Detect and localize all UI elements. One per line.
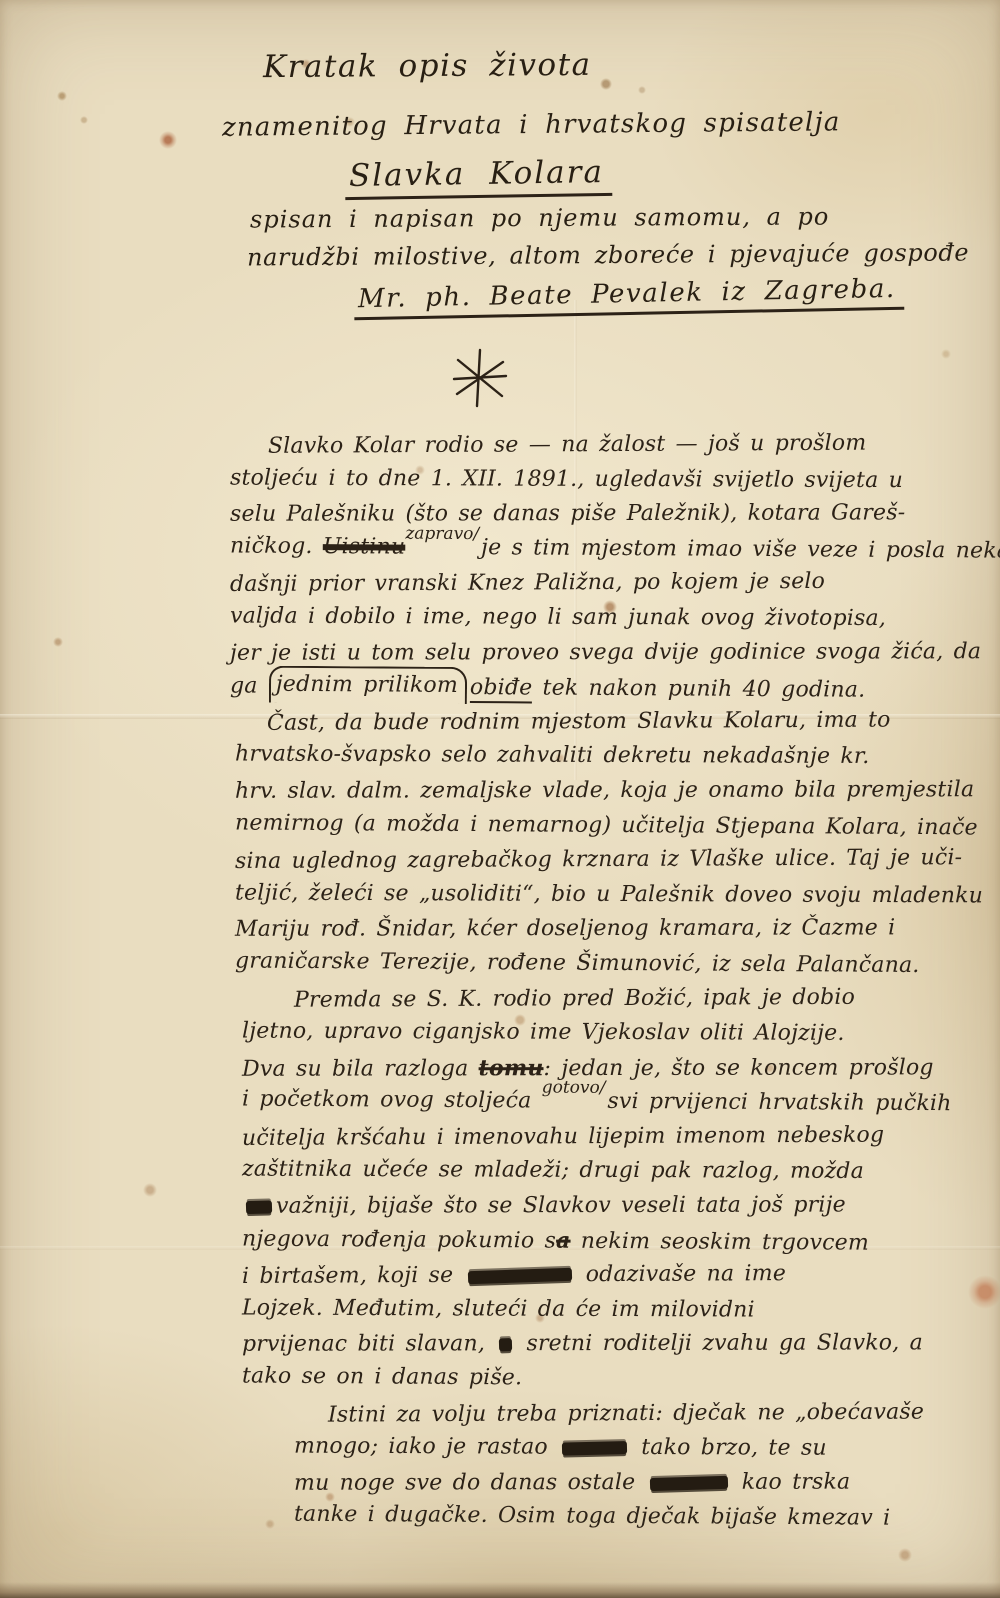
- handwritten-text: jer je isti u tom selu proveo svega dvij…: [230, 639, 981, 666]
- handwritten-strike: tomu: [479, 1055, 544, 1081]
- manuscript-line: graničarske Terezije, rođene Šimunović, …: [235, 944, 996, 984]
- paragraph: Slavko Kolar rodio se — na žalost — još …: [230, 428, 996, 705]
- manuscript-body: Slavko Kolar rodio se — na žalost — još …: [230, 428, 996, 1535]
- handwritten-text: njegova rođenja pokumio s: [242, 1226, 556, 1253]
- manuscript-line: tanke i dugačke. Osim toga dječak bijaše…: [294, 1498, 996, 1537]
- handwritten-text: sretni roditelji zvahu ga Slavko, a: [516, 1331, 923, 1357]
- manuscript-line: Istini za volju treba priznati: dječak n…: [294, 1395, 996, 1433]
- handwritten-text: učitelja kršćahu i imenovahu lijepim ime…: [242, 1122, 884, 1150]
- manuscript-page: Kratak opis života znamenitog Hrvata i h…: [0, 0, 1000, 1598]
- handwritten-text: ničkog.: [230, 533, 323, 559]
- scribbled-out-text: [467, 1268, 571, 1284]
- manuscript-line: mnogo; iako je rastao tako brzo, te su: [294, 1430, 996, 1467]
- handwritten-text: tanke i dugačke. Osim toga dječak bijaše…: [294, 1502, 890, 1531]
- manuscript-line: važniji, bijaše što se Slavkov veseli ta…: [242, 1188, 996, 1224]
- manuscript-line: Mariju rođ. Šnidar, kćer doseljenog kram…: [235, 912, 996, 948]
- manuscript-line: i početkom ovog stoljeća gotovo/svi prvi…: [242, 1083, 996, 1123]
- manuscript-line: Premda se S. K. rodio pred Božić, ipak j…: [242, 980, 996, 1019]
- manuscript-line: ljetno, upravo ciganjsko ime Vjekoslav o…: [242, 1015, 996, 1052]
- handwritten-text: Čast, da bude rodnim mjestom Slavku Kola…: [267, 707, 891, 735]
- title-line-2: znamenitog Hrvata i hrvatskog spisatelja: [222, 107, 841, 142]
- title-line-5: narudžbi milostive, altom zboreće i pjev…: [247, 238, 969, 271]
- handwritten-text: hrv. slav. dalm. zemaljske vlade, koja j…: [235, 777, 974, 804]
- handwritten-text: graničarske Terezije, rođene Šimunović, …: [235, 948, 920, 978]
- handwritten-text: zaštitnika učeće se mladeži; drugi pak r…: [242, 1157, 864, 1184]
- manuscript-line: Lojzek. Međutim, sluteći da će im milovi…: [242, 1291, 996, 1328]
- manuscript-line: ničkog. Uistinuzapravo/je s tim mjestom …: [230, 529, 996, 569]
- handwritten-text: teljić, želeći se „usoliditi“, bio u Pal…: [235, 880, 983, 908]
- handwritten-text: ga: [230, 674, 268, 699]
- handwritten-text: Dva su bila razloga: [242, 1056, 479, 1081]
- handwritten-text: tako se on i danas piše.: [242, 1364, 522, 1391]
- handwritten-text: kao trska: [731, 1469, 850, 1494]
- manuscript-line: hrv. slav. dalm. zemaljske vlade, koja j…: [235, 773, 996, 809]
- handwritten-text: hrvatsko-švapsko selo zahvaliti dekretu …: [235, 742, 870, 769]
- manuscript-line: prvijenac biti slavan, sretni roditelji …: [242, 1327, 996, 1363]
- manuscript-line: selu Palešniku (što se danas piše Paležn…: [230, 496, 996, 532]
- handwritten-text: nekim seoskim trgovcem: [570, 1228, 869, 1255]
- handwritten-text: tako brzo, te su: [631, 1435, 827, 1461]
- section-divider: [448, 346, 512, 410]
- manuscript-line: Slavko Kolar rodio se — na žalost — još …: [230, 426, 996, 465]
- paragraph: Istini za volju treba priznati: dječak n…: [294, 1397, 996, 1535]
- handwritten-text: mu noge sve do danas ostale: [294, 1470, 646, 1496]
- handwritten-text: tek nakon punih 40 godina.: [532, 676, 865, 703]
- handwritten-text: Mariju rođ. Šnidar, kćer doseljenog kram…: [235, 916, 895, 942]
- handwritten-text: sina uglednog zagrebačkog krznara iz Vla…: [235, 845, 962, 874]
- scribbled-out-text: [562, 1441, 627, 1456]
- manuscript-line: tako se on i danas piše.: [242, 1360, 996, 1400]
- title-line-4: spisan i napisan po njemu samomu, a po: [250, 202, 829, 233]
- manuscript-line: zaštitnika učeće se mladeži; drugi pak r…: [242, 1153, 996, 1190]
- handwritten-text: i birtašem, koji se: [242, 1263, 464, 1289]
- handwritten-text: selu Palešniku (što se danas piše Paležn…: [230, 501, 905, 527]
- scribbled-out-text: [649, 1476, 727, 1491]
- handwritten-strike: a: [556, 1227, 571, 1253]
- handwritten-scribble: Uistinu: [323, 534, 406, 560]
- handwritten-text: je s tim mjestom imao više veze i posla …: [481, 535, 1000, 564]
- manuscript-line: i birtašem, koji se odazivaše na ime: [242, 1256, 996, 1295]
- handwritten-text: dašnji prior vranski Knez Paližna, po ko…: [230, 569, 825, 597]
- manuscript-line: učitelja kršćahu i imenovahu lijepim ime…: [242, 1118, 996, 1157]
- handwritten-text: Premda se S. K. rodio pred Božić, ipak j…: [294, 984, 855, 1012]
- manuscript-line: stoljeću i to dne 1. XII. 1891., ugledav…: [230, 461, 996, 499]
- manuscript-line: mu noge sve do danas ostale kao trska: [294, 1465, 996, 1501]
- title-line-1: Kratak opis života: [263, 47, 592, 85]
- manuscript-line: Dva su bila razloga tomu: jedan je, što …: [242, 1050, 996, 1086]
- manuscript-line: hrvatsko-švapsko selo zahvaliti dekretu …: [235, 738, 996, 776]
- manuscript-line: Čast, da bude rodnim mjestom Slavku Kola…: [235, 703, 996, 742]
- scribbled-out-text: [246, 1200, 272, 1214]
- title-line-3-name-underlined: Slavka Kolara: [345, 154, 613, 200]
- scribbled-out-text: [499, 1338, 512, 1351]
- paragraph: Čast, da bude rodnim mjestom Slavku Kola…: [235, 705, 996, 982]
- handwritten-text: prvijenac biti slavan,: [242, 1332, 495, 1358]
- handwritten-text: stoljeću i to dne 1. XII. 1891., ugledav…: [230, 465, 903, 493]
- paragraph: Premda se S. K. rodio pred Božić, ipak j…: [242, 982, 996, 1397]
- handwritten-text: ljetno, upravo ciganjsko ime Vjekoslav o…: [242, 1019, 845, 1046]
- handwritten-text: odazivaše na ime: [575, 1261, 786, 1287]
- handwritten-text: svi prvijenci hrvatskih pučkih: [607, 1089, 951, 1116]
- handwritten-insert: zapravo/: [405, 523, 479, 543]
- manuscript-line: ga jednim prilikomobiđe tek nakon punih …: [230, 668, 996, 708]
- handwritten-text: važniji, bijaše što se Slavkov veseli ta…: [276, 1193, 846, 1219]
- manuscript-line: teljić, želeći se „usoliditi“, bio u Pal…: [235, 876, 996, 914]
- handwritten-text: valjda i dobilo i ime, nego li sam junak…: [230, 603, 886, 631]
- handwritten-text: Slavko Kolar rodio se — na žalost — još …: [268, 431, 866, 459]
- handwritten-insert: gotovo/: [542, 1078, 606, 1098]
- handwritten-text: mnogo; iako je rastao: [294, 1434, 558, 1460]
- page-bottom-edge-shadow: [0, 1582, 1000, 1598]
- manuscript-line: dašnji prior vranski Knez Paližna, po ko…: [230, 564, 996, 603]
- handwritten-text: i početkom ovog stoljeća: [242, 1087, 542, 1114]
- manuscript-line: nemirnog (a možda i nemarnog) učitelja S…: [235, 806, 996, 846]
- manuscript-line: sina uglednog zagrebačkog krznara iz Vla…: [235, 841, 996, 880]
- handwritten-bracket: jednim prilikom: [269, 666, 467, 704]
- handwritten-text: Lojzek. Međutim, sluteći da će im milovi…: [242, 1295, 755, 1322]
- handwritten-underline: obiđe: [470, 675, 533, 703]
- title-line-6-dedication-underlined: Mr. ph. Beate Pevalek iz Zagreba.: [354, 274, 904, 321]
- manuscript-line: valjda i dobilo i ime, nego li sam junak…: [230, 599, 996, 637]
- asterisk-divider-icon: [448, 346, 512, 410]
- handwritten-text: Istini za volju treba priznati: dječak n…: [328, 1399, 924, 1427]
- handwritten-text: nemirnog (a možda i nemarnog) učitelja S…: [235, 810, 978, 840]
- manuscript-line: njegova rođenja pokumio sa nekim seoskim…: [242, 1221, 996, 1261]
